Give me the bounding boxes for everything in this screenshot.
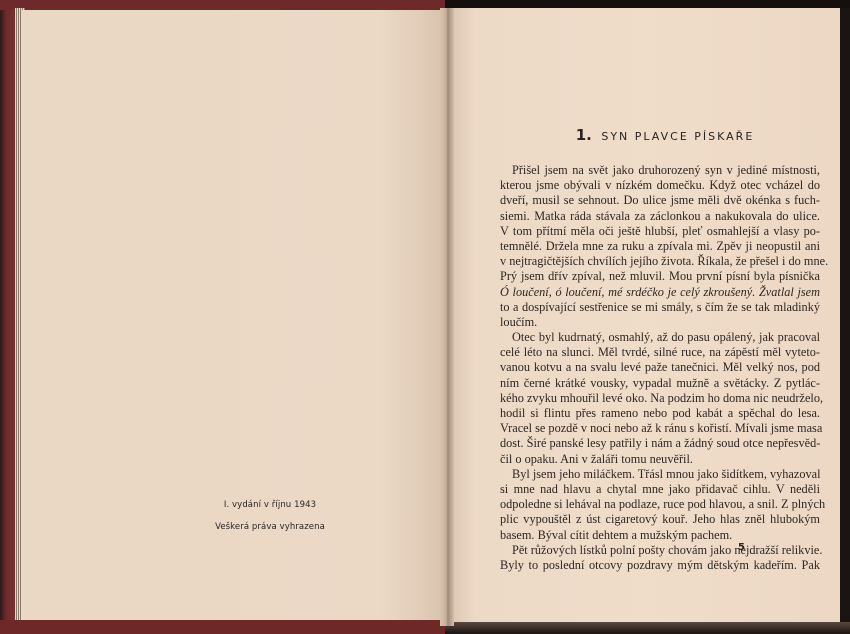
text-line: Byl jsem jeho miláčkem. Třásl mnou jako … [500,467,820,482]
text-line: odpoledne si lehával na podlaze, ruce po… [500,497,820,512]
text-line: hodil si flintu přes rameno nebo pod kab… [500,406,820,421]
text-line: si mne nad hlavu a chytal mne jako přida… [500,482,820,497]
chapter-heading: 1. SYN PLAVCE PÍSKAŘE [490,126,840,144]
background-bottom [445,622,850,634]
background-right [840,8,850,628]
text-line: temnělé. Držela mne za ruku a zpívala mi… [500,239,820,254]
background-top [445,0,850,8]
cover-top-edge [0,0,445,10]
text-line: čil o opaku. Ani v žaláři tomu neuvěřil. [500,452,820,467]
page-number: 5 [738,542,745,553]
text-line: Vracel se pozdě v noci nebo až k ránu s … [500,421,820,436]
text-line: to a dospívající sestřenice se mi smály,… [500,300,820,315]
text-line: basem. Býval cítit dehtem a mužským pach… [500,528,820,543]
chapter-title: SYN PLAVCE PÍSKAŘE [601,130,754,143]
imprint-edition: I. vydání v říjnu 1943 [180,500,360,510]
cover-bottom-edge [0,620,445,634]
chapter-body: Přišel jsem na svět jako druhorozený syn… [500,163,820,573]
text-line: loučím. [500,315,820,330]
text-line: Pět růžových lístků polní pošty chovám j… [500,543,820,558]
text-line: ním černé krátké vousky, vypadal mužně a… [500,376,820,391]
text-line: Otec byl kudrnatý, osmahlý, až do pasu o… [500,330,820,345]
book-gutter [440,8,454,626]
text-line: siemi. Matka ráda stávala za záclonkou a… [500,209,820,224]
text-line: celé léto na slunci. Měl tvrdé, silné ru… [500,345,820,360]
text-line: kterou jsme obývali v nízkém domečku. Kd… [500,178,820,193]
text-line: dost. Širé panské lesy patřily i nám a ž… [500,436,820,451]
text-line: dveří, musil se sehnout. Do ulice jsme m… [500,193,820,208]
text-line: Přišel jsem na svět jako druhorozený syn… [500,163,820,178]
text-line: v nejtragičtějších chvílích jejího život… [500,254,820,269]
text-line: kého zvyku mhouřil levé oko. Na podzim h… [500,391,820,406]
chapter-number: 1. [576,126,592,144]
text-line: plic vypouštěl z úst cigaretový kouř. Je… [500,512,820,527]
text-line: vanou kotvu a na svalu levé paže tanečni… [500,360,820,375]
text-line: Byly to poslední otcovy pozdravy mým dět… [500,558,820,573]
imprint-rights: Veškerá práva vyhrazena [180,522,360,532]
text-line: V tom přítmí měla oči ještě hlubší, pleť… [500,224,820,239]
text-line-italic: Ó loučení, ó loučení, mé srdéčko je celý… [500,285,820,300]
text-line: Prý jsem dřív zpíval, než mluvil. Mou pr… [500,269,820,284]
